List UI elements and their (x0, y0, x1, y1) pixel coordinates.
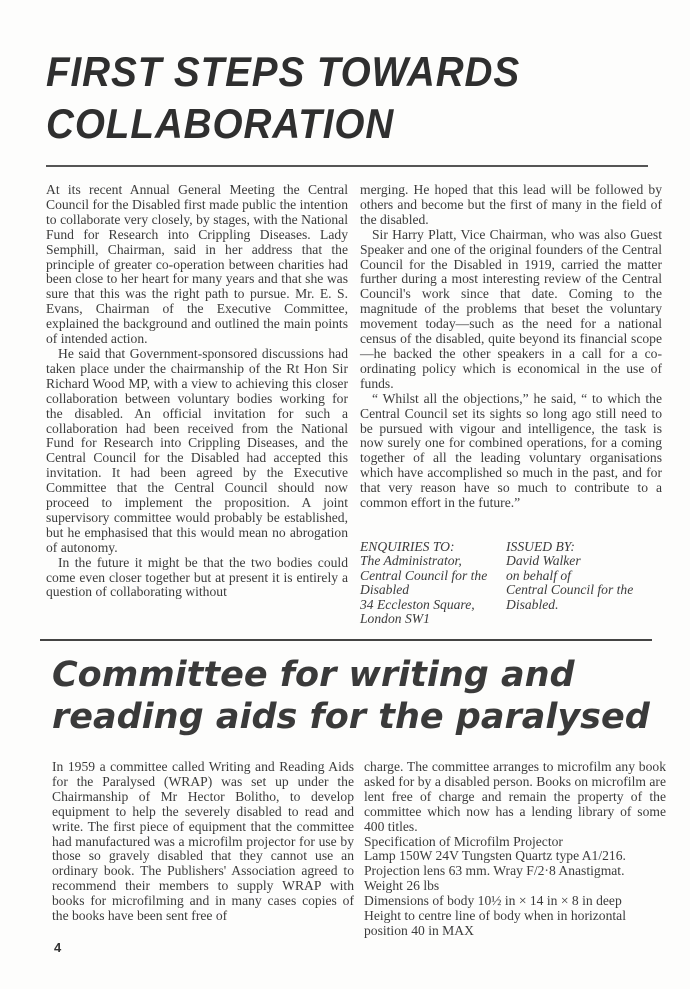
issued-by-heading: ISSUED BY: (506, 540, 656, 554)
article1-title: FIRST STEPS TOWARDS COLLABORATION (46, 46, 598, 150)
spec-line: Lamp 150W 24V Tungsten Quartz type A1/21… (364, 849, 666, 864)
issued-by-line: on behalf of (506, 569, 656, 583)
article1-paragraph: In the future it might be that the two b… (46, 556, 348, 601)
enquiries-line: Disabled (360, 583, 506, 597)
page-number: 4 (54, 940, 61, 955)
enquiries-block: ENQUIRIES TO: The Administrator, Central… (360, 540, 506, 626)
issued-by-line: Disabled. (506, 598, 656, 612)
enquiries-line: Central Council for the (360, 569, 506, 583)
article1-title-line2: COLLABORATION (46, 98, 598, 150)
spec-line: Dimensions of body 10½ in × 14 in × 8 in… (364, 894, 666, 909)
article1-paragraph: He said that Government-sponsored discus… (46, 347, 348, 556)
enquiries-line: London SW1 (360, 612, 506, 626)
spec-line: Weight 26 lbs (364, 879, 666, 894)
enquiries-heading: ENQUIRIES TO: (360, 540, 506, 554)
article2-title-line1: Committee for writing and (52, 654, 672, 696)
article2-paragraph: In 1959 a committee called Writing and R… (52, 760, 354, 924)
article2-column-1: In 1959 a committee called Writing and R… (52, 760, 354, 924)
article2-column-2: charge. The committee arranges to microf… (364, 760, 666, 939)
spec-heading: Specification of Microfilm Projector (364, 835, 666, 850)
issued-by-block: ISSUED BY: David Walker on behalf of Cen… (506, 540, 656, 626)
article2-title-line2: reading aids for the paralysed (52, 696, 672, 738)
title-divider (46, 165, 648, 167)
enquiries-line: The Administrator, (360, 554, 506, 568)
article1-column-1: At its recent Annual General Meeting the… (46, 183, 348, 600)
article1-paragraph: merging. He hoped that this lead will be… (360, 183, 662, 228)
spec-line: Height to centre line of body when in ho… (364, 909, 666, 939)
issued-by-line: Central Council for the (506, 583, 656, 597)
article1-paragraph: Sir Harry Platt, Vice Chairman, who was … (360, 228, 662, 392)
article2-paragraph: charge. The committee arranges to microf… (364, 760, 666, 835)
article1-paragraph: At its recent Annual General Meeting the… (46, 183, 348, 347)
article1-title-line1: FIRST STEPS TOWARDS (46, 46, 598, 98)
enquiries-line: 34 Eccleston Square, (360, 598, 506, 612)
issued-by-line: David Walker (506, 554, 656, 568)
contact-block: ENQUIRIES TO: The Administrator, Central… (360, 540, 660, 626)
section-divider (40, 639, 652, 641)
spec-line: Projection lens 63 mm. Wray F/2·8 Anasti… (364, 864, 666, 879)
magazine-page: FIRST STEPS TOWARDS COLLABORATION At its… (0, 0, 690, 989)
article1-paragraph: “ Whilst all the objections,” he said, “… (360, 392, 662, 511)
article1-column-2: merging. He hoped that this lead will be… (360, 183, 662, 511)
article2-title: Committee for writing and reading aids f… (52, 654, 672, 738)
